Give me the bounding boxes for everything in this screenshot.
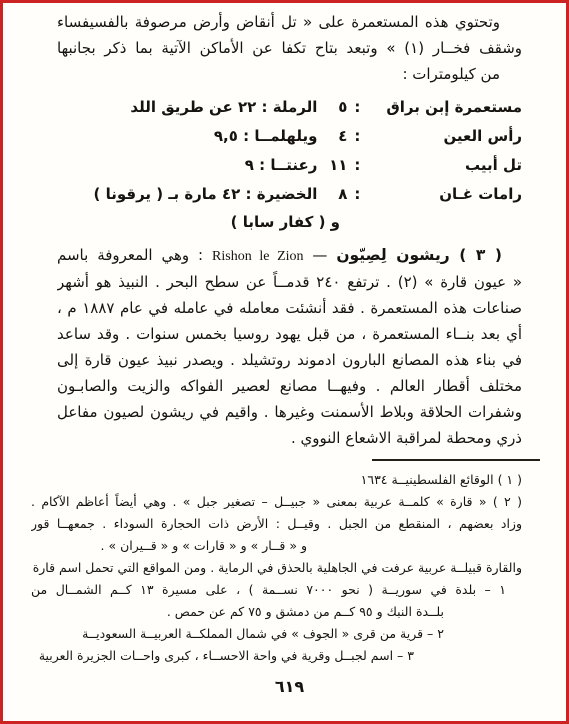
- text-line: والقارة قبيلــة عربية عرفت في الجاهلية ب…: [31, 557, 522, 579]
- distance-value: ٢٢ عن طريق اللد: [130, 98, 256, 116]
- list-item: الخضيرة : ٤٢ مارة بـ ( يرقونا ): [61, 180, 317, 209]
- section-heading-dash: —: [312, 246, 327, 264]
- page-number: ٦١٩: [57, 677, 522, 696]
- text-line: « عيون قارة » (٢) . ترتفع ٢٤٠ قدمــاً عن…: [57, 269, 522, 295]
- section-heading-rest: : وهي المعروفة باسم: [57, 246, 203, 264]
- colon-separator: :: [347, 122, 367, 151]
- list-item: رأس العين:٤: [317, 122, 522, 151]
- text-line: وزاد بعضهم ، المنقطع من الجبل . وقيــل :…: [31, 513, 522, 535]
- colon-separator: :: [254, 156, 270, 174]
- list-item: رامات غـان:٨: [317, 180, 522, 209]
- section-heading-latin: Rishon le Zion: [212, 249, 304, 264]
- distance-value: ١١: [317, 151, 347, 180]
- footnote-separator: [372, 459, 540, 461]
- text-line: من كيلومترات :: [57, 61, 522, 87]
- text-line: وتحتوي هذه المستعمرة على « تل أنقاض وأرض…: [57, 9, 522, 35]
- colon-separator: :: [347, 93, 367, 122]
- place-name: مستعمرة إبن براق: [367, 93, 522, 122]
- text-line: ٢ – قرية من قرى « الجوف » في شمال المملك…: [31, 623, 522, 645]
- place-name: رعنتــا: [270, 156, 317, 174]
- colon-separator: :: [238, 127, 254, 145]
- place-name: رأس العين: [367, 122, 522, 151]
- colon-separator: :: [240, 185, 256, 203]
- place-name: الرملة: [273, 98, 318, 116]
- text-line: في بناء هذه المصانع البارون ادموند روتشي…: [57, 347, 522, 373]
- section-paragraph: ( ٣ ) ريشون لِصِيّون — Rishon le Zion : …: [57, 242, 522, 451]
- place-name: رامات غـان: [367, 180, 522, 209]
- colon-separator: :: [256, 98, 272, 116]
- distance-value: ٤: [317, 122, 347, 151]
- text-line: ( ١ ) الوقائع الفلسطينيــة ١٦٣٤: [31, 469, 522, 491]
- list-item: ويلهلمــا : ٩,٥: [61, 122, 317, 151]
- text-line: أي بعد بنــاء المستعمرة ، من قبل يهود رو…: [57, 321, 522, 347]
- text-line: صناعات هذه المستعمرة . فقد أنشئت معامله …: [57, 295, 522, 321]
- colon-separator: :: [347, 151, 367, 180]
- section-heading: ( ٣ ) ريشون لِصِيّون — Rishon le Zion : …: [57, 242, 522, 269]
- text-line: و « قــار » و « قارات » و « قــيران » .: [31, 535, 522, 557]
- list-item: رعنتــا : ٩: [61, 151, 317, 180]
- place-name: تل أبيب: [367, 151, 522, 180]
- distance-value: ٤٢ مارة بـ ( يرقونا ): [94, 185, 241, 203]
- intro-paragraph: وتحتوي هذه المستعمرة على « تل أنقاض وأرض…: [57, 9, 522, 87]
- distance-list-right-column: مستعمرة إبن براق:٥رأس العين:٤تل أبيب:١١ر…: [317, 93, 522, 209]
- place-name: الخضيرة: [257, 185, 318, 203]
- list-item: تل أبيب:١١: [317, 151, 522, 180]
- distance-value: ٥: [317, 93, 347, 122]
- distance-value: ٩,٥: [214, 127, 238, 145]
- distance-list-continuation: و ( كفار سابا ): [57, 209, 522, 236]
- footnotes: ( ١ ) الوقائع الفلسطينيــة ١٦٣٤( ٢ ) « ق…: [31, 469, 522, 667]
- distance-value: ٩: [245, 156, 254, 174]
- place-name: ويلهلمــا: [254, 127, 317, 145]
- text-line: وشفرات الحلاقة وبلاط الأسمنت وغيرها . وا…: [57, 399, 522, 425]
- list-item: مستعمرة إبن براق:٥: [317, 93, 522, 122]
- distance-list-grid: مستعمرة إبن براق:٥رأس العين:٤تل أبيب:١١ر…: [57, 93, 522, 209]
- text-line: بلــدة النبك و ٩٥ كــم من دمشق و ٧٥ كم ع…: [31, 601, 522, 623]
- section-body: « عيون قارة » (٢) . ترتفع ٢٤٠ قدمــاً عن…: [57, 269, 522, 451]
- text-line: مختلف أقطار العالم . وفيهــا مصانع لعصير…: [57, 373, 522, 399]
- distance-value: ٨: [317, 180, 347, 209]
- text-line: ( ٢ ) « قارة » كلمــة عربية بمعنى « جبيـ…: [31, 491, 522, 513]
- text-line: وشقف فخــار (١) » وتبعد بتاح تكفا عن الأ…: [57, 35, 522, 61]
- colon-separator: :: [347, 180, 367, 209]
- distance-list: مستعمرة إبن براق:٥رأس العين:٤تل أبيب:١١ر…: [57, 93, 522, 236]
- list-item: الرملة : ٢٢ عن طريق اللد: [61, 93, 317, 122]
- section-heading-arabic: ( ٣ ) ريشون لِصِيّون: [336, 246, 502, 264]
- book-page: وتحتوي هذه المستعمرة على « تل أنقاض وأرض…: [0, 0, 569, 724]
- text-line: ١ – بلدة في سوريــة ( نحو ٧٠٠٠ نســمة ) …: [31, 579, 522, 601]
- text-line: ٣ – اسم لجبــل وقرية في واحة الاحســاء ،…: [31, 645, 522, 667]
- text-line: ذري ومحطة لمراقبة الاشعاع النووي .: [57, 425, 522, 451]
- distance-list-left-column: الرملة : ٢٢ عن طريق اللدويلهلمــا : ٩,٥ر…: [57, 93, 317, 209]
